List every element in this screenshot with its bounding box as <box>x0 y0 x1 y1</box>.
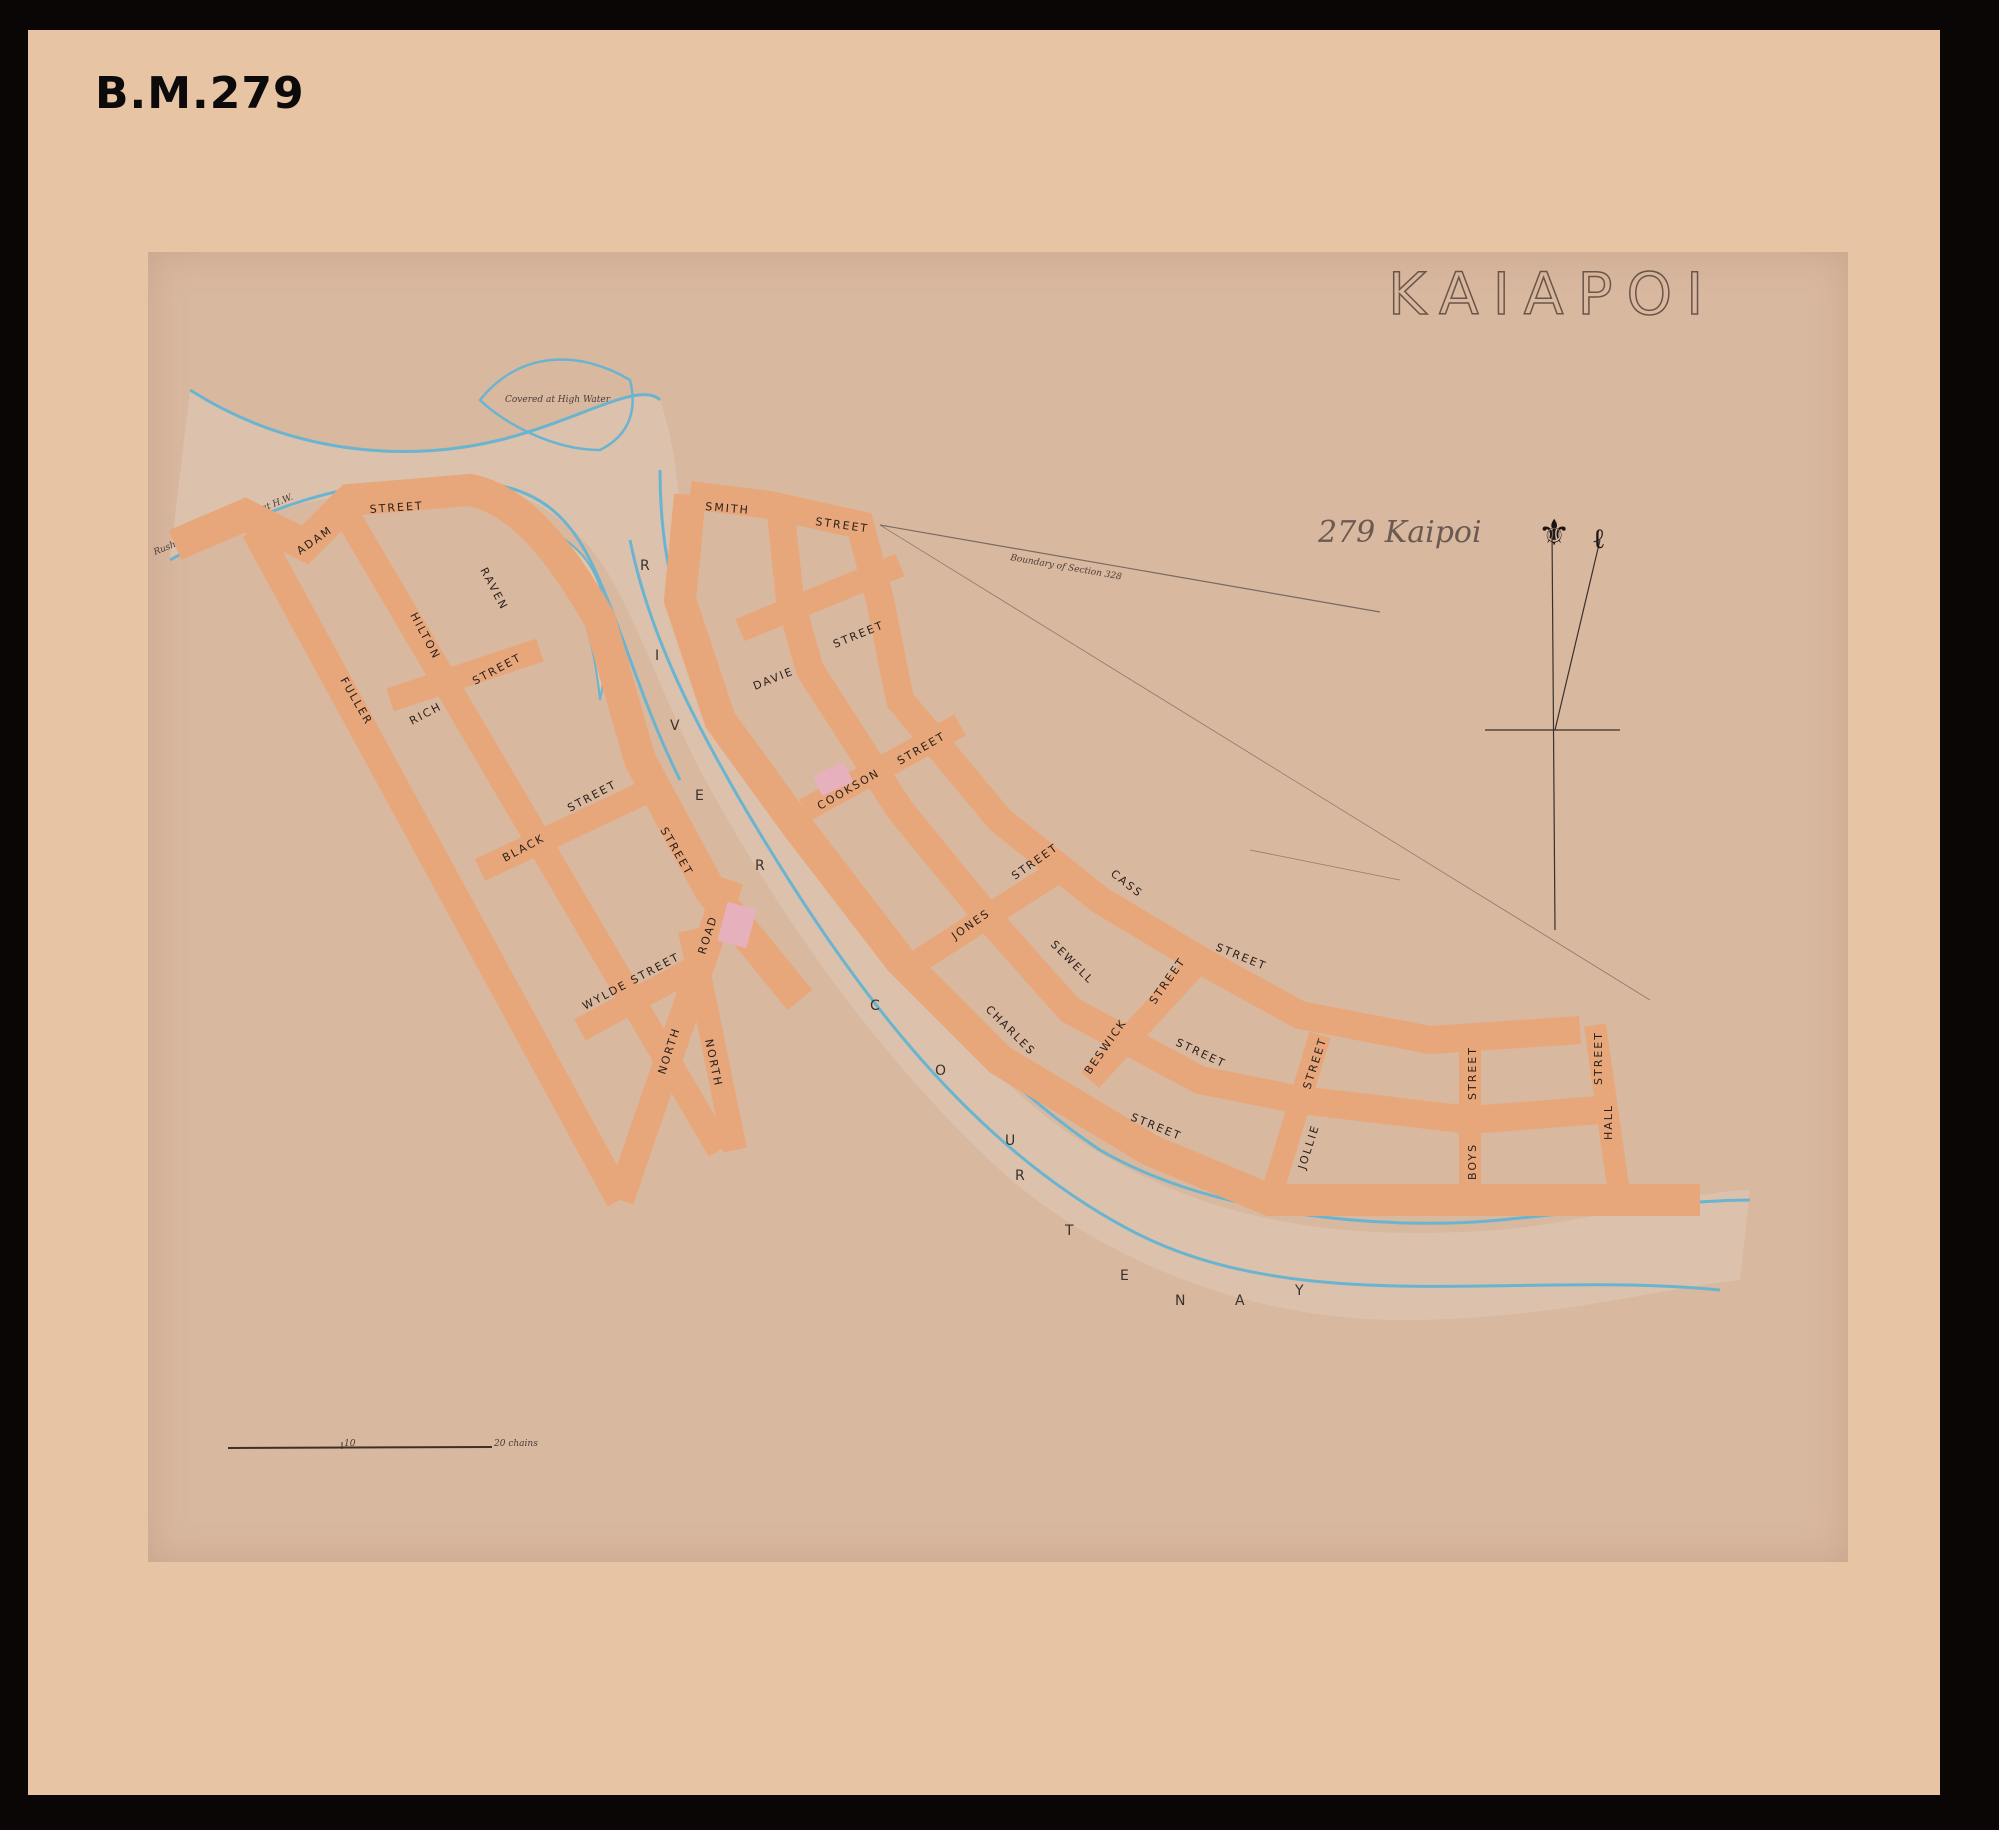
svg-text:A: A <box>1235 1293 1245 1309</box>
label-adam-street: STREET <box>369 499 424 516</box>
svg-text:E: E <box>1120 1268 1129 1284</box>
label-smith: SMITH <box>705 500 751 517</box>
scale-bar: 10 20 chains <box>228 1439 538 1449</box>
map-canvas: Covered at High Water Rushes & Snags cov… <box>0 0 1999 1830</box>
label-davie: DAVIE <box>751 665 796 693</box>
svg-text:T: T <box>1064 1223 1074 1239</box>
svg-text:R: R <box>1015 1168 1025 1184</box>
true-north-fleur-icon: ⚜ <box>1538 513 1570 554</box>
svg-text:O: O <box>935 1063 946 1079</box>
covered-high-water-label: Covered at High Water <box>505 395 611 405</box>
svg-text:V: V <box>670 718 680 734</box>
label-boys-street: STREET <box>1466 1046 1479 1100</box>
magnetic-north-icon: ℓ <box>1592 522 1605 555</box>
compass: ⚜ ℓ <box>1485 513 1620 930</box>
svg-text:Y: Y <box>1294 1283 1304 1299</box>
svg-text:E: E <box>695 788 704 804</box>
svg-text:N: N <box>1175 1293 1185 1309</box>
svg-text:C: C <box>870 998 880 1014</box>
scale-end-label: 20 chains <box>493 1439 538 1449</box>
label-boys: BOYS <box>1466 1143 1479 1180</box>
streets-east <box>680 495 1700 1205</box>
streets-west <box>175 490 800 1200</box>
label-hall-street: STREET <box>1592 1031 1605 1085</box>
label-raven: RAVEN <box>477 565 510 612</box>
label-hall: HALL <box>1602 1104 1615 1140</box>
scale-mid-label: 10 <box>344 1439 356 1449</box>
svg-text:R: R <box>640 558 650 574</box>
svg-text:I: I <box>655 648 659 664</box>
svg-text:R: R <box>755 858 765 874</box>
svg-text:U: U <box>1005 1133 1015 1149</box>
